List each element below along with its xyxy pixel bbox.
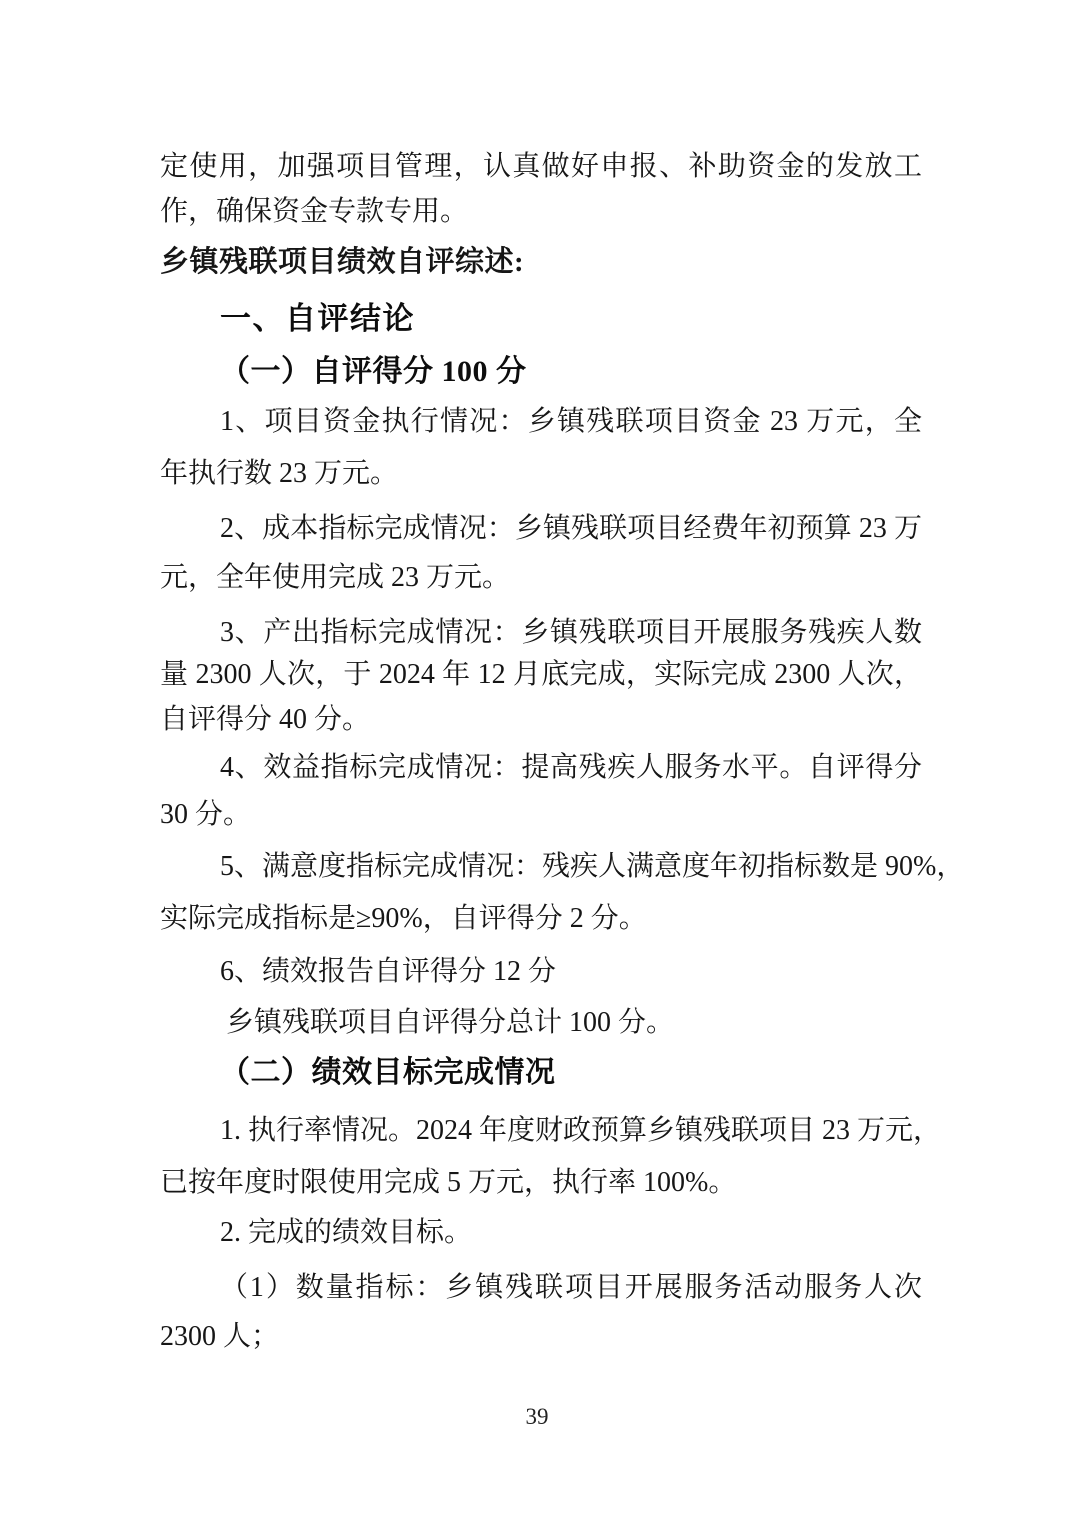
document-page: 定使用，加强项目管理，认真做好申报、补助资金的发放工 作，确保资金专款专用。 乡… [0,0,1074,1520]
body-line: 1、项目资金执行情况：乡镇残联项目资金 23 万元，全 [160,397,922,447]
body-line: 量 2300 人次，于 2024 年 12 月底完成，实际完成 2300 人次， [160,650,922,700]
body-line: 定使用，加强项目管理，认真做好申报、补助资金的发放工 [160,142,922,192]
body-line: 元，全年使用完成 23 万元。 [160,553,922,603]
body-line: 6、绩效报告自评得分 12 分 [160,947,922,997]
body-line: 实际完成指标是≥90%，自评得分 2 分。 [160,894,922,944]
body-line: 自评得分 40 分。 [160,695,922,745]
body-line: 年执行数 23 万元。 [160,449,922,499]
subsection-two-heading: （二）绩效目标完成情况 [160,1048,922,1098]
body-line: 30 分。 [160,790,922,840]
section-summary-heading: 乡镇残联项目绩效自评综述: [160,237,922,287]
body-line: 已按年度时限使用完成 5 万元，执行率 100%。 [160,1158,922,1208]
body-line: 1. 执行率情况。2024 年度财政预算乡镇残联项目 23 万元， [160,1106,922,1156]
body-line: 2. 完成的绩效目标。 [160,1208,922,1258]
body-line: （1）数量指标：乡镇残联项目开展服务活动服务人次 [160,1263,922,1313]
body-line: 5、满意度指标完成情况：残疾人满意度年初指标数是 90%， [160,842,922,892]
body-line: 2300 人； [160,1312,922,1362]
body-line: 作，确保资金专款专用。 [160,187,922,237]
page-number: 39 [0,1400,1074,1434]
body-line: 2、成本指标完成情况：乡镇残联项目经费年初预算 23 万 [160,504,922,554]
body-line: 4、效益指标完成情况：提高残疾人服务水平。自评得分 [160,743,922,793]
body-line: 乡镇残联项目自评得分总计 100 分。 [160,998,922,1048]
subsection-one-heading: （一）自评得分 100 分 [160,347,922,397]
section-one-heading: 一、自评结论 [160,294,922,344]
